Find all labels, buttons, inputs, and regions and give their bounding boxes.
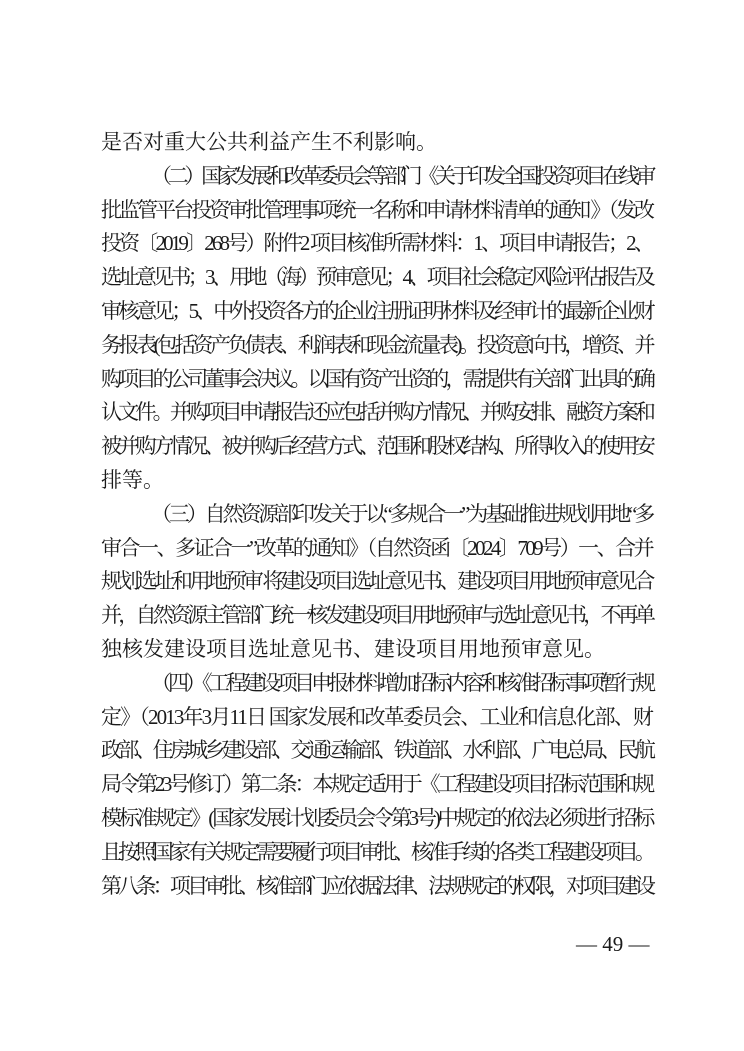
document-page: 是否对重大公共利益产生不利影响。 （二）国家发展和改革委员会等部门《关于印发全国… bbox=[101, 126, 652, 903]
text-line: 批监管平台投资审批管理事项统一名称和申请材料清单的通知 》（发改 bbox=[101, 194, 652, 228]
text-line: 并，自然资源主管部门统一核发建设项目用地预审与选址意见书，不再单 bbox=[101, 599, 652, 633]
text-line: 第八条：项目审批、核准部门应依据法律、法规规定的权限，对项目建设 bbox=[101, 870, 652, 904]
text-line: 务报表(包括资产负债表、利润表和现金流量表)。投资意向书，增资、并 bbox=[101, 329, 652, 363]
page-number: — 49 — bbox=[576, 930, 650, 958]
text-line: 被并购方情况、被并购后经营方式、范围和股权结构、所得收入的使用安 bbox=[101, 430, 652, 464]
text-line: 政部、住房城乡建设部、交通运输部、铁道部、水利部、广电总局、民航 bbox=[101, 734, 652, 768]
text-line: 投资〔2019〕268号）附件2 项目核准所需材料：1、项目申请报告；2、 bbox=[101, 227, 652, 261]
text-line: 审核意见；5、中外投资各方的企业注册证明材料及经审计的最新企业财 bbox=[101, 295, 652, 329]
text-line: （二）国家发展和改革委员会等部门《关于印发全国投资项目在线审 bbox=[101, 160, 652, 194]
text-line: 定》（2013年3月11日 国家发展和改革委员会、工业和信息化部、财 bbox=[101, 701, 652, 735]
text-line: 审合一、多证合一”改革的通知》（自然资函〔2024〕709号）一、合并 bbox=[101, 532, 652, 566]
text-line: 规划选址和用地预审 将建设项目选址意见书、建设项目用地预审意见合 bbox=[101, 565, 652, 599]
text-line: （四）《工程建设项目申报材料增加招标内容和核准招标事项暂行规 bbox=[101, 667, 652, 701]
text-line: （三）自然资源部印发关于以“多规合一”为基础推进规划用地“多 bbox=[101, 498, 652, 532]
text-line: 且按照国家有关规定需要履行项目审批、核准手续的各类工程建设项目。 bbox=[101, 836, 652, 870]
paragraph-continuation: 是否对重大公共利益产生不利影响。 bbox=[101, 126, 652, 160]
text-line: 独核发建设项目选址意见书、建设项目用地预审意见。 bbox=[101, 633, 652, 667]
text-line: 模标准规定》(国家发展计划委员会令第3号)中规定的依法必须进行招标 bbox=[101, 802, 652, 836]
text-line: 排等。 bbox=[101, 464, 652, 498]
text-line: 购项目的公司董事会决议。以国有资产出资的，需提供有关部门出具的确 bbox=[101, 363, 652, 397]
paragraph-section-4: （四）《工程建设项目申报材料增加招标内容和核准招标事项暂行规 定》（2013年3… bbox=[101, 667, 652, 904]
text-line: 选址意见书；3、用地（海）预审意见；4、项目社会稳定风险评估报告及 bbox=[101, 261, 652, 295]
text-line: 局令第23号修订）第二条：本规定适用于《工程建设项目招标范围和规 bbox=[101, 768, 652, 802]
text-line: 认文件。并购项目申请报告还应包括并购方情况、并购安排、融资方案和 bbox=[101, 396, 652, 430]
paragraph-section-2: （二）国家发展和改革委员会等部门《关于印发全国投资项目在线审 批监管平台投资审批… bbox=[101, 160, 652, 498]
paragraph-section-3: （三）自然资源部印发关于以“多规合一”为基础推进规划用地“多 审合一、多证合一”… bbox=[101, 498, 652, 667]
text-line: 是否对重大公共利益产生不利影响。 bbox=[101, 126, 652, 160]
